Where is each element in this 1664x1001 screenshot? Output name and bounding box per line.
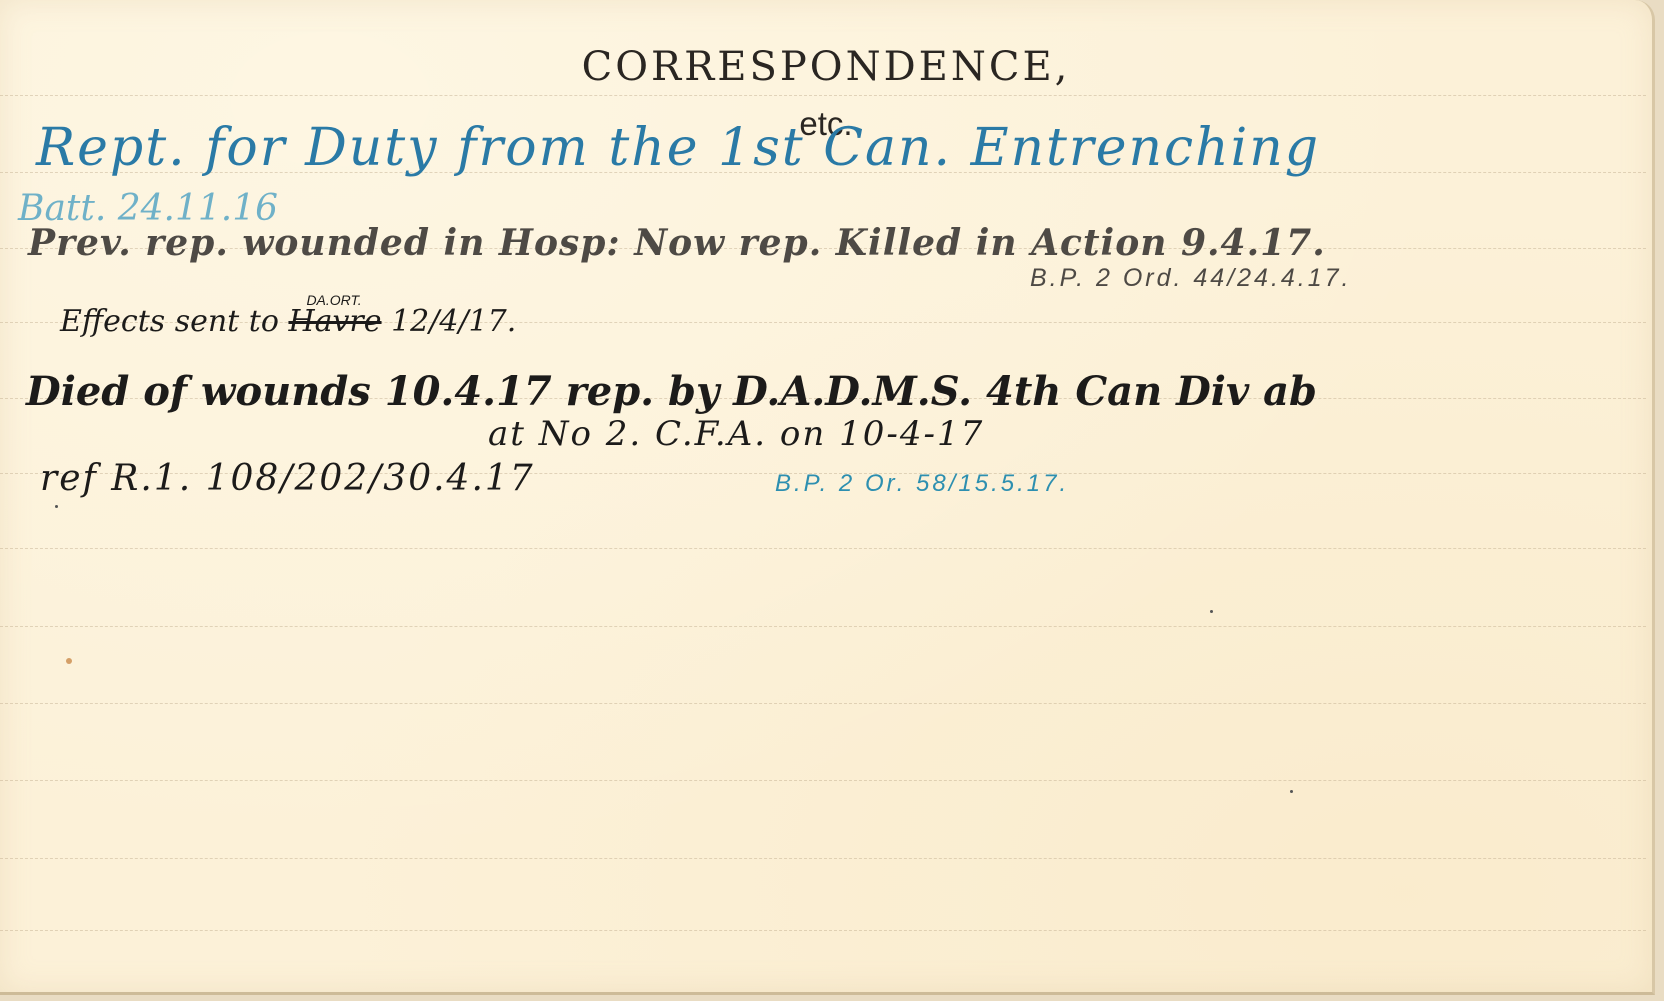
ruled-line xyxy=(0,95,1646,96)
ruled-line xyxy=(0,548,1646,549)
entry-died-of-wounds-line3: ref R.1. 108/202/30.4.17 xyxy=(40,458,535,499)
ink-dot xyxy=(55,505,58,508)
effects-date: 12/4/17. xyxy=(391,304,516,339)
ruled-line xyxy=(0,780,1646,781)
correspondence-card: CORRESPONDENCE, etc. Rept. for Duty from… xyxy=(0,0,1655,995)
ink-dot xyxy=(1210,610,1213,613)
ruled-line xyxy=(0,703,1646,704)
entry-died-reference: B.P. 2 Or. 58/15.5.17. xyxy=(775,470,1069,498)
ruled-line xyxy=(0,930,1646,931)
effects-prefix: Effects sent to xyxy=(60,304,279,339)
entry-killed-in-action: Prev. rep. wounded in Hosp: Now rep. Kil… xyxy=(28,222,1326,264)
ink-dot xyxy=(1290,790,1293,793)
card-heading: CORRESPONDENCE, xyxy=(0,44,1652,90)
entry-died-of-wounds-line2: at No 2. C.F.A. on 10-4-17 xyxy=(488,414,984,454)
entry-duty-line1: Rept. for Duty from the 1st Can. Entrenc… xyxy=(36,118,1320,178)
entry-effects: Effects sent to Havre DA.ORT. 12/4/17. xyxy=(60,304,516,339)
effects-insertion: DA.ORT. xyxy=(306,292,361,308)
ruled-line xyxy=(0,626,1646,627)
effects-struck-word: Havre xyxy=(288,304,381,339)
entry-killed-reference: B.P. 2 Ord. 44/24.4.17. xyxy=(1030,264,1352,293)
paper-stain xyxy=(66,658,72,664)
ruled-line xyxy=(0,858,1646,859)
entry-died-of-wounds-line1: Died of wounds 10.4.17 rep. by D.A.D.M.S… xyxy=(26,368,1317,415)
